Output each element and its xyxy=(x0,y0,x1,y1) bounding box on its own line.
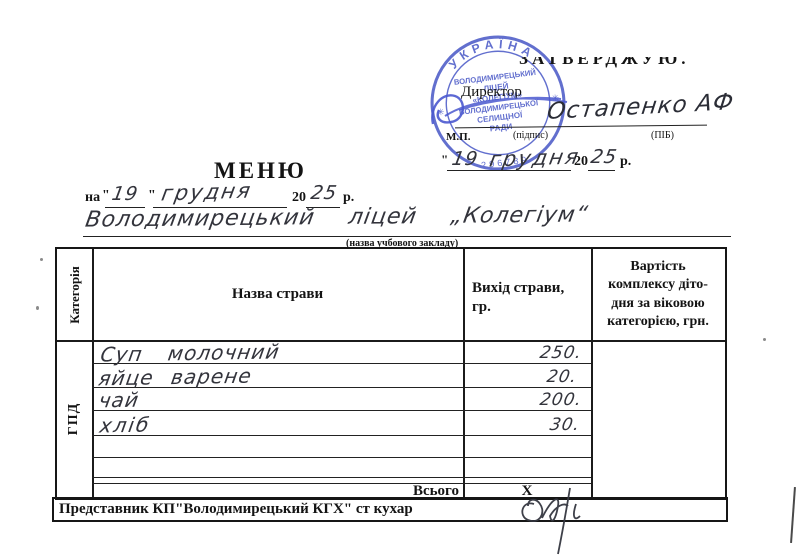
header-cost-line2: комплексу діто- xyxy=(608,276,708,295)
signature-caption: (підпис) xyxy=(513,130,548,141)
scan-speck xyxy=(763,338,766,341)
date-day-handwritten: 19 xyxy=(110,183,140,205)
cook-signature-icon xyxy=(516,482,626,555)
dish-entry: Суп молочний xyxy=(99,339,282,366)
table-row-line xyxy=(92,435,591,436)
total-label: Всього xyxy=(92,483,459,498)
header-cost-cell: Вартість комплексу діто- дня за віковою … xyxy=(591,249,725,340)
dish-entry: хліб xyxy=(98,413,152,438)
date-close-quote: " xyxy=(148,188,156,204)
date-month-handwritten: грудня xyxy=(160,178,255,205)
header-cost-line4: категорією, грн. xyxy=(607,313,709,332)
dish-entry: яйце варене xyxy=(97,364,254,391)
approval-date-open-quote: " xyxy=(441,152,448,168)
approval-date-month: грудня xyxy=(488,144,583,171)
dish-entry: чай xyxy=(97,388,141,413)
date-prefix: на xyxy=(85,190,100,206)
dish-output: 200. xyxy=(538,390,583,410)
category-value-label: ГПД xyxy=(67,403,83,435)
header-cost-line1: Вартість xyxy=(630,258,685,277)
table-row-line xyxy=(92,477,591,478)
name-caption: (ПІБ) xyxy=(651,130,674,141)
date-year-handwritten: 25 xyxy=(309,182,339,204)
scan-artifact-line xyxy=(790,487,796,543)
date-suffix: р. xyxy=(343,190,354,206)
table-row-line xyxy=(92,457,591,458)
approval-date-underline xyxy=(447,170,571,171)
mp-label: М.П. xyxy=(446,131,470,143)
footer-representative-bar: Представник КП"Володимирецький КГХ" ст к… xyxy=(52,497,728,522)
header-category-label: Категорія xyxy=(67,266,83,324)
menu-table: Категорія Назва страви Вихід страви, гр.… xyxy=(55,247,727,500)
header-output-line1: Вихід страви, xyxy=(472,279,591,298)
category-value-cell: ГПД xyxy=(57,340,92,498)
approval-date-year: 25 xyxy=(589,146,619,168)
dish-output: 20. xyxy=(545,367,579,387)
approval-year-underline xyxy=(588,170,615,171)
dish-output: 250. xyxy=(538,343,583,363)
header-output-cell: Вихід страви, гр. xyxy=(463,249,591,340)
approve-heading: ЗАТВЕРДЖУЮ. xyxy=(519,57,719,73)
scan-speck xyxy=(40,258,43,261)
approval-date-suffix: р. xyxy=(620,154,631,170)
footer-representative-label: Представник КП"Володимирецький КГХ" ст к… xyxy=(59,501,413,518)
date-open-quote: " xyxy=(102,188,110,204)
approval-date-day: 19 xyxy=(450,148,480,170)
header-output-line2: гр. xyxy=(472,298,591,317)
dish-output: 30. xyxy=(548,415,582,435)
table-row-line xyxy=(92,410,591,411)
approval-date-century: 20 xyxy=(574,154,588,170)
scanned-menu-document: УКРАЇНА ✳ ✳ 296789 ВОЛОДИМИРЕЦЬКИЙ ЛІЦЕЙ… xyxy=(0,0,803,555)
header-dish-label: Назва страви xyxy=(232,286,323,303)
school-name-handwritten: Володимирецький ліцей „Колегіум“ xyxy=(83,202,590,232)
date-century: 20 xyxy=(292,190,306,206)
header-category-cell: Категорія xyxy=(57,249,92,340)
header-dish-cell: Назва страви xyxy=(92,249,463,340)
header-cost-line3: дня за віковою xyxy=(611,295,705,314)
scan-speck xyxy=(36,306,39,310)
